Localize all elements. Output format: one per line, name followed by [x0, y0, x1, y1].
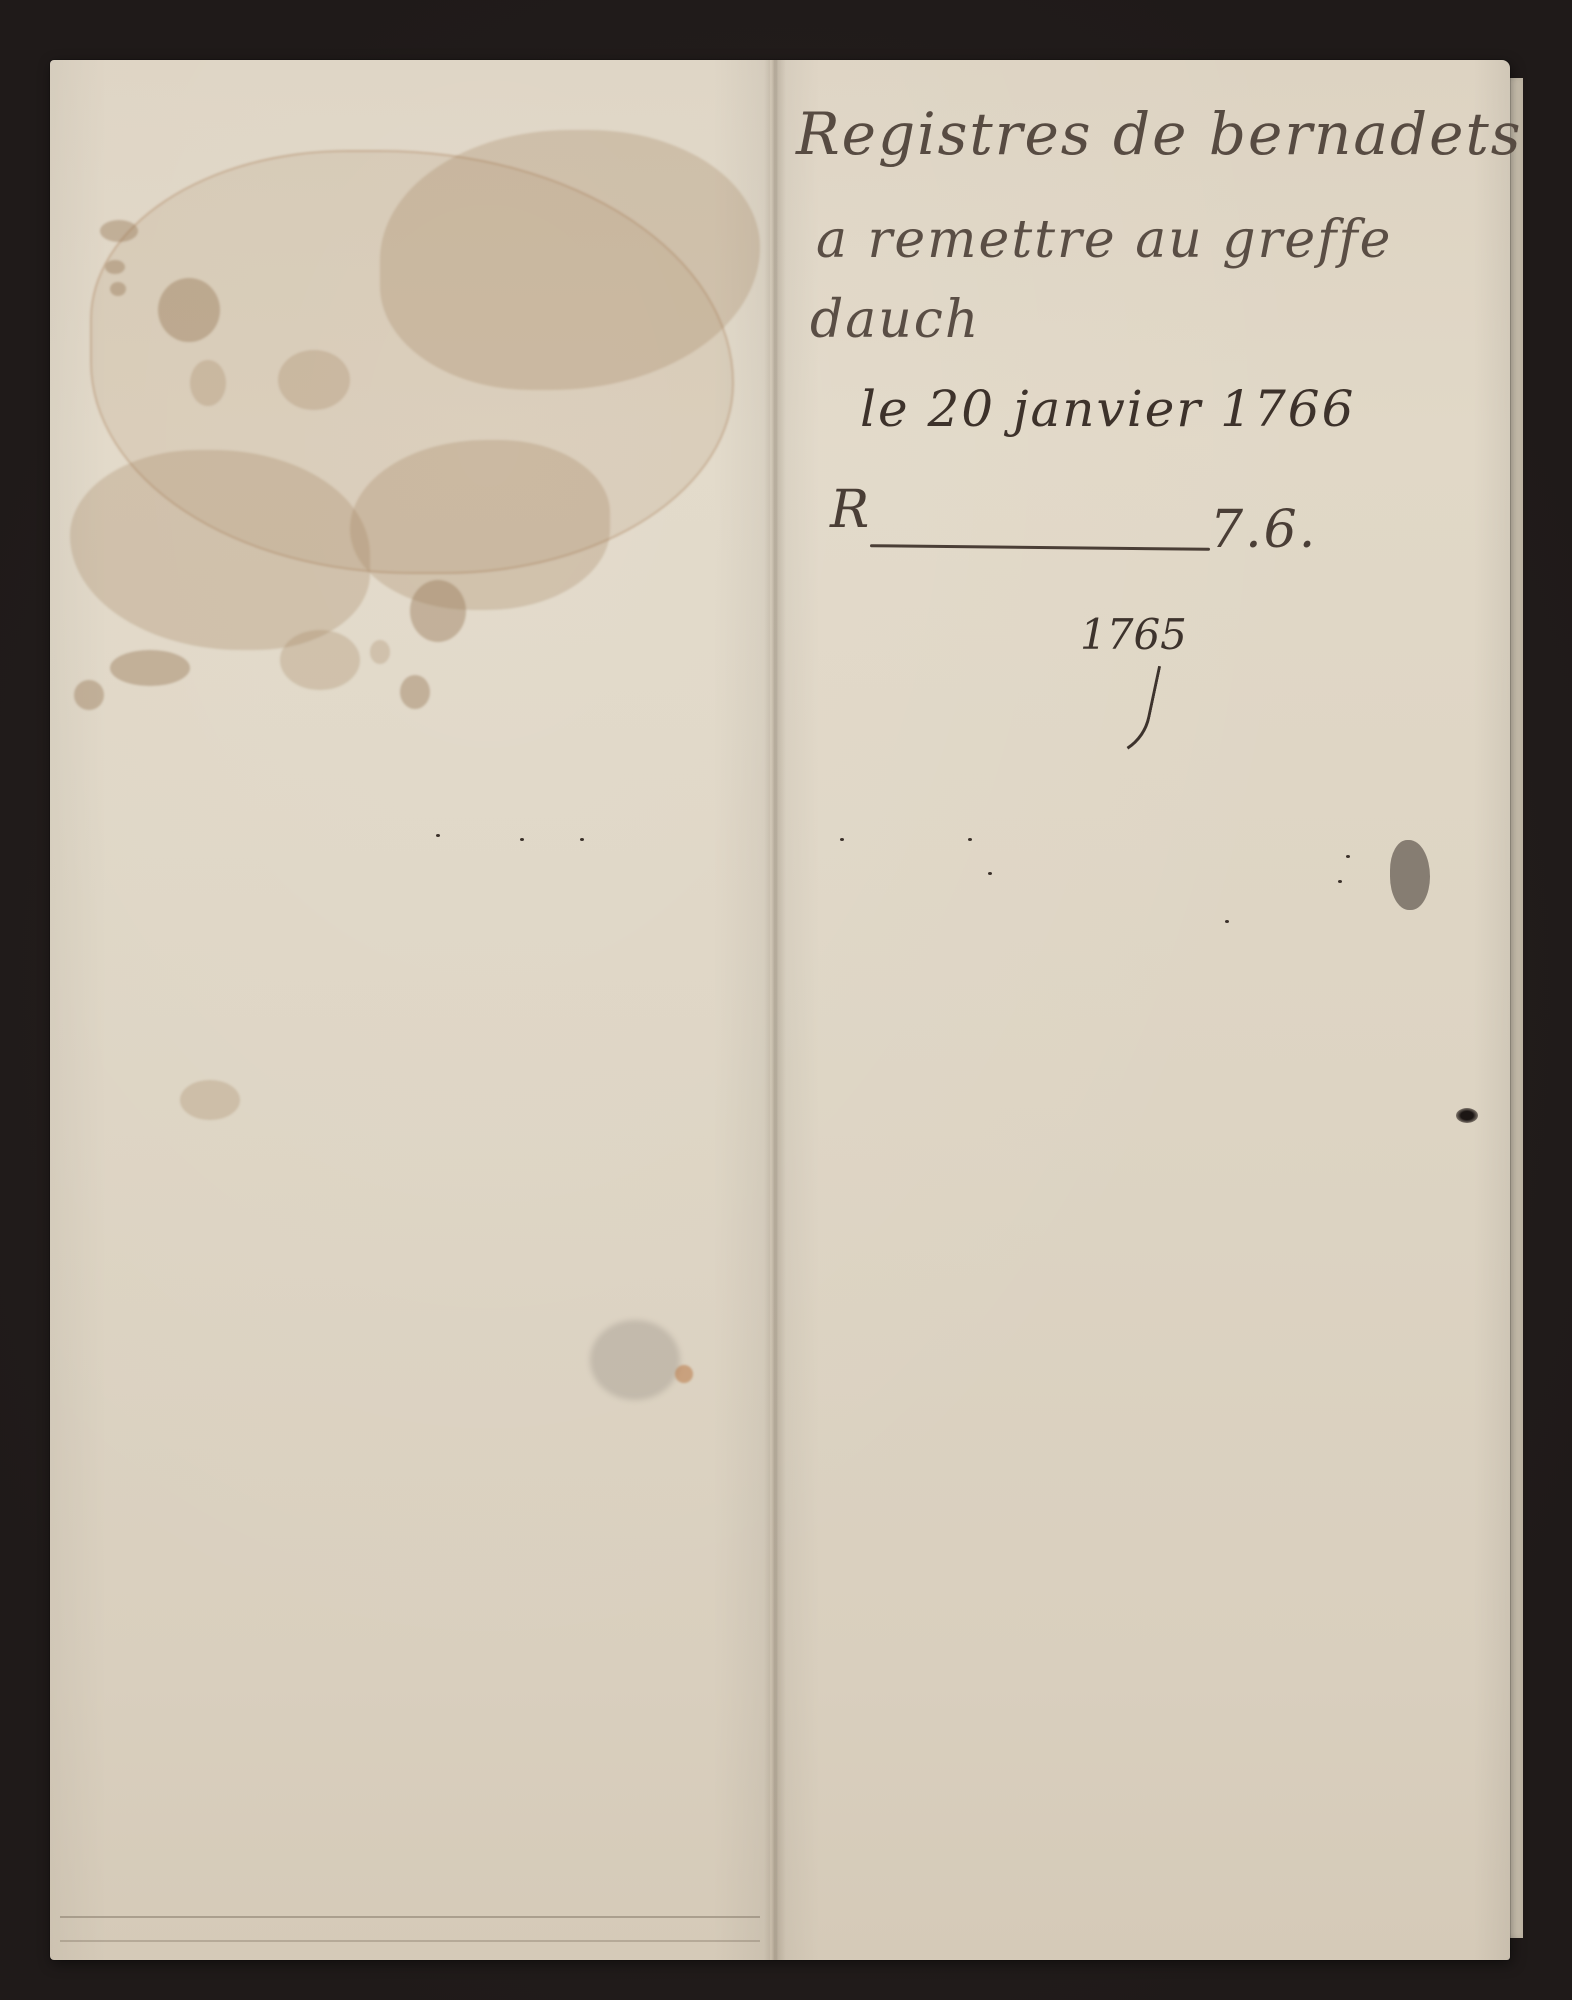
water-stain-spot	[110, 650, 190, 686]
water-stain-spot	[410, 580, 466, 642]
manuscript-folio: Registres de bernadets a remettre au gre…	[50, 60, 1510, 1960]
layered-bottom-edge	[60, 1916, 760, 1942]
handwritten-title-line-1: Registres de bernadets	[796, 100, 1523, 168]
water-stain-spot	[370, 640, 390, 664]
rust-spot	[675, 1365, 693, 1383]
water-stain-spot	[110, 282, 126, 296]
ink-speck	[580, 838, 584, 841]
handwritten-fee-prefix: R	[830, 480, 871, 540]
ink-speck	[520, 838, 524, 841]
handwritten-date: le 20 janvier 1766	[860, 380, 1355, 438]
water-stain-spot	[278, 350, 350, 410]
center-fold	[764, 60, 786, 1960]
water-stain-spot	[74, 680, 104, 710]
faint-stain	[180, 1080, 240, 1120]
handwritten-title-line-3: dauch	[810, 290, 980, 350]
ink-speck	[988, 872, 992, 875]
water-stain-spot	[400, 675, 430, 709]
water-stain-spot	[100, 220, 138, 242]
handwritten-year: 1765	[1080, 610, 1187, 659]
water-stain-large	[350, 440, 610, 610]
gray-smudge	[590, 1320, 680, 1400]
water-stain-spot	[190, 360, 226, 406]
water-stain-spot	[280, 630, 360, 690]
handwritten-title-line-2: a remettre au greffe	[816, 210, 1392, 270]
ink-speck	[840, 838, 844, 841]
binding-hole	[1456, 1108, 1478, 1123]
handwritten-fee-amount: 7.6.	[1210, 500, 1317, 560]
ink-speck	[436, 834, 440, 837]
ink-speck	[1346, 855, 1350, 858]
water-stain-spot	[105, 260, 125, 274]
ink-speck	[968, 838, 972, 841]
water-stain-spot	[158, 278, 220, 342]
ink-speck	[1225, 920, 1229, 923]
ink-blot	[1390, 840, 1430, 910]
ink-speck	[1338, 880, 1342, 883]
